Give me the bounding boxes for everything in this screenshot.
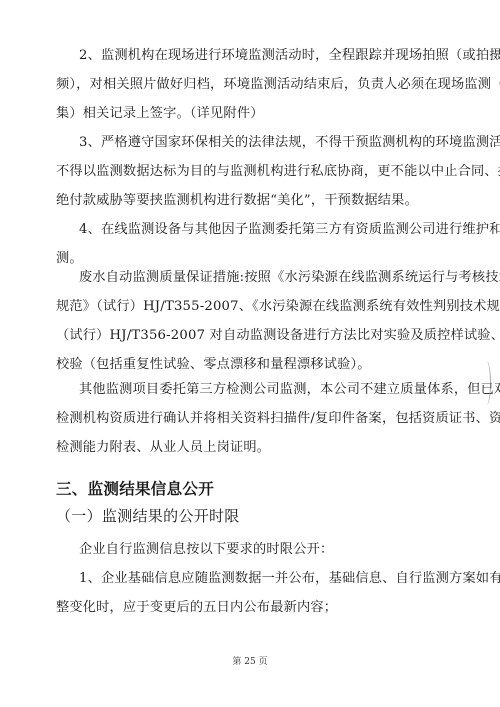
- wastewater-qa-line-1: 废水自动监测质量保证措施:按照《水污染源在线监测系统运行与考核技术: [79, 266, 500, 285]
- paragraph-3-line-2: 不得以监测数据达标为目的与监测机构进行私底协商，更不能以中止合同、拒: [56, 160, 500, 179]
- page-number: 第 25 页: [0, 654, 500, 667]
- subsection-heading: （一）监测结果的公开时限: [56, 505, 240, 526]
- paragraph-4-line-1: 4、在线监测设备与其他因子监测委托第三方有资质监测公司进行维护和监: [79, 218, 500, 237]
- wastewater-qa-line-2: 规范》（试行）HJ/T355-2007、《水污染源在线监测系统有效性判别技术规范…: [56, 295, 500, 314]
- margin-mark: [482, 361, 491, 405]
- paragraph-2-line-1: 2、监测机构在现场进行环境监测活动时，全程跟踪并现场拍照（或拍摄视: [79, 44, 500, 63]
- other-monitoring-line-2: 检测机构资质进行确认并将相关资料扫描件/复印件备案，包括资质证书、资质: [56, 407, 500, 426]
- paragraph-3-line-3: 绝付款威胁等要挟监测机构进行数据“美化”，干预数据结果。: [56, 189, 418, 208]
- paragraph-3-line-1: 3、严格遵守国家环保相关的法律法规，不得干预监测机构的环境监测活动，: [79, 131, 500, 150]
- section-heading: 三、监测结果信息公开: [56, 477, 214, 499]
- disclosure-item-1-line-2: 整变化时，应于变更后的五日内公布最新内容；: [56, 596, 337, 615]
- other-monitoring-line-1: 其他监测项目委托第三方检测公司监测，本公司不建立质量体系，但已对: [79, 378, 500, 397]
- wastewater-qa-line-4: 校验（包括重复性试验、零点漂移和量程漂移试验）。: [56, 353, 371, 372]
- disclosure-item-1-line-1: 1、企业基础信息应随监测数据一并公布，基础信息、自行监测方案如有调: [79, 567, 500, 586]
- wastewater-qa-line-3: （试行）HJ/T356-2007 对自动监测设备进行方法比对实验及质控样试验、现…: [56, 324, 500, 343]
- paragraph-2-line-3: 集）相关记录上签字。（详见附件）: [56, 102, 264, 121]
- paragraph-2-line-2: 频），对相关照片做好归档，环境监测活动结束后，负责人必须在现场监测（采: [56, 73, 500, 92]
- paragraph-4-line-2: 测。: [56, 247, 83, 266]
- other-monitoring-line-3: 检测能力附表、从业人员上岗证明。: [56, 436, 270, 455]
- disclosure-intro-line: 企业自行监测信息按以下要求的时限公开：: [79, 538, 333, 557]
